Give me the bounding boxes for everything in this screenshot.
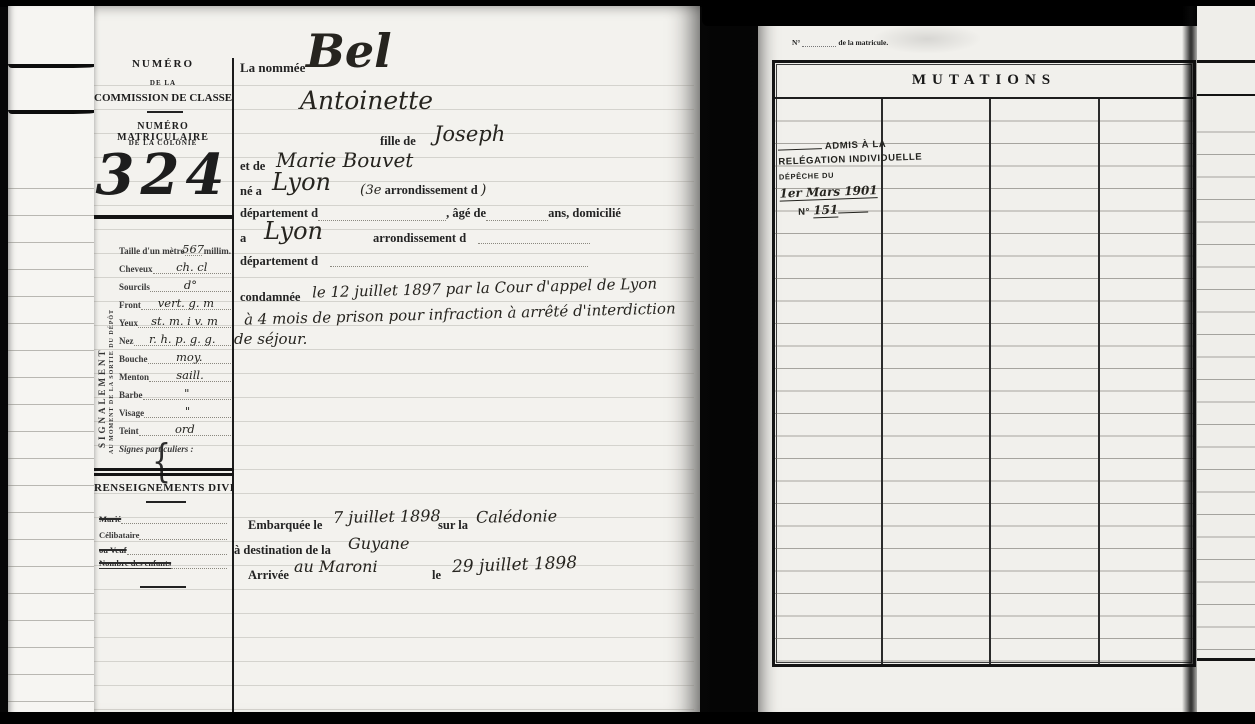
field-value: " bbox=[185, 404, 190, 418]
field-value: 567 bbox=[182, 242, 204, 256]
classification-title-line3: COMMISSION DE CLASSEMENT bbox=[94, 92, 232, 104]
item-blank bbox=[121, 513, 227, 524]
signalement-row: Sourcilsd° bbox=[119, 274, 231, 292]
matricule-note-blank bbox=[802, 39, 836, 47]
mother-label: et de bbox=[240, 159, 265, 174]
page-edge-line bbox=[8, 110, 94, 114]
classification-title-line1: NUMÉRO bbox=[94, 58, 232, 70]
column-divider bbox=[1098, 99, 1100, 664]
divider-rule bbox=[146, 501, 186, 503]
field-blank: moy. bbox=[148, 345, 231, 364]
destination-label: à destination de la bbox=[234, 543, 331, 558]
residence-label: a bbox=[240, 231, 246, 246]
mutations-body: ADMIS À LA RELÉGATION INDIVIDUELLE DÉPÊC… bbox=[775, 99, 1193, 664]
matricule-note-prefix: N° bbox=[792, 38, 800, 47]
field-value: ch. cl bbox=[176, 260, 207, 274]
father-name: Joseph bbox=[434, 122, 505, 146]
divider-rule bbox=[147, 111, 183, 113]
page-edge-line bbox=[8, 64, 94, 68]
mutations-table: MUTATIONS ADMIS À LA RELÉGATION INDIVIDU… bbox=[772, 60, 1196, 667]
destination: Guyane bbox=[348, 534, 409, 553]
stamp-number-label: N° bbox=[798, 207, 810, 218]
signalement-vertical-subtitle: AU MOMENT DE LA SORTIE DU DÉPÔT bbox=[109, 234, 115, 454]
book-gutter bbox=[700, 0, 760, 724]
register-scan: NUMÉRO DE LA COMMISSION DE CLASSEMENT NU… bbox=[0, 0, 1255, 724]
field-blank: " bbox=[144, 399, 231, 418]
page-edge-ruled-lines bbox=[8, 162, 94, 718]
signalement-row: Signes particuliers : bbox=[119, 436, 231, 454]
form-vertical-divider bbox=[232, 58, 234, 718]
renseignements-item: Marié bbox=[99, 513, 227, 524]
border-line-continuation bbox=[1197, 658, 1255, 661]
scan-top-edge-right bbox=[702, 0, 1255, 26]
ship-name: Calédonie bbox=[476, 506, 557, 526]
field-label: Bouche bbox=[119, 354, 148, 364]
field-label: Teint bbox=[119, 426, 139, 436]
border-line-continuation bbox=[1197, 60, 1255, 63]
age-label: , âgé de bbox=[446, 206, 486, 221]
scan-bottom-edge bbox=[0, 712, 1255, 724]
blank bbox=[318, 208, 446, 221]
field-value: saill. bbox=[176, 368, 203, 382]
condemnation-line3: de séjour. bbox=[234, 330, 307, 348]
arrondissement-label: arrondissement d bbox=[385, 183, 478, 197]
renseignements-title: RENSEIGNEMENTS DIVERS bbox=[94, 482, 232, 494]
field-blank: 567 bbox=[185, 237, 202, 256]
signalement-row: Visage" bbox=[119, 400, 231, 418]
born-label: né a bbox=[240, 184, 262, 199]
box-border bbox=[94, 473, 234, 476]
column-divider bbox=[989, 99, 991, 664]
arrival-date-label: le bbox=[432, 568, 441, 583]
field-value: st. m. i v. m bbox=[151, 314, 218, 328]
item-label: Célibataire bbox=[99, 530, 139, 540]
field-blank: ord bbox=[139, 417, 231, 436]
blank bbox=[330, 254, 588, 267]
facing-page-strip bbox=[1197, 6, 1255, 718]
box-border bbox=[94, 215, 234, 219]
field-label: Cheveux bbox=[119, 264, 153, 274]
signalement-row: Frontvert. g. m bbox=[119, 292, 231, 310]
birthplace: Lyon bbox=[272, 168, 331, 196]
nominee-label: La nommée bbox=[240, 60, 305, 76]
signalement-row: Bouchemoy. bbox=[119, 346, 231, 364]
matricule-number: 324 bbox=[94, 142, 232, 208]
ship-label: sur la bbox=[438, 518, 468, 533]
field-blank: vert. g. m bbox=[141, 291, 231, 310]
arrondissement-value: 3e bbox=[365, 183, 381, 198]
item-blank bbox=[139, 529, 227, 540]
previous-page-edge bbox=[8, 6, 94, 718]
blank bbox=[486, 208, 548, 221]
stamp-number: 151 bbox=[813, 203, 839, 219]
field-value: d° bbox=[184, 278, 197, 292]
departement-label2: département d bbox=[240, 254, 318, 269]
field-label: Nez bbox=[119, 336, 134, 346]
field-blank: st. m. i v. m bbox=[138, 309, 231, 328]
stamp-line3: DÉPÊCHE DU 1er Mars 1901 bbox=[779, 165, 928, 203]
arrival-place: au Maroni bbox=[294, 557, 378, 576]
embark-date: 7 juillet 1898 bbox=[333, 506, 441, 527]
signalement-row: Cheveuxch. cl bbox=[119, 256, 231, 274]
item-label: ou Veuf bbox=[99, 545, 127, 555]
signalement-row: Taille d'un mètre567millim. bbox=[119, 238, 231, 256]
item-label: Nombre des enfants bbox=[99, 558, 171, 569]
field-value: r. h. p. g. g. bbox=[149, 332, 216, 346]
matricule-note: N° de la matricule. bbox=[792, 38, 888, 47]
arrival-label: Arrivée bbox=[248, 568, 289, 583]
stamp-line4: N° 151 bbox=[780, 197, 929, 220]
stamp-date: 1er Mars 1901 bbox=[779, 183, 878, 201]
age-suffix: ans, domicilié bbox=[548, 206, 621, 221]
filiation-label: fille de bbox=[380, 134, 416, 149]
field-value: moy. bbox=[176, 350, 202, 364]
classification-title-line2: DE LA bbox=[94, 79, 232, 87]
renseignements-item: Célibataire bbox=[99, 529, 227, 540]
border-line-continuation bbox=[1197, 94, 1255, 96]
facing-page-ruled-lines bbox=[1197, 110, 1255, 660]
field-value: " bbox=[184, 386, 189, 400]
field-blank: ch. cl bbox=[153, 255, 232, 274]
item-blank bbox=[127, 544, 227, 555]
renseignements-item: Nombre des enfants bbox=[99, 558, 227, 569]
paren-close: ) bbox=[481, 182, 486, 198]
signalement-row: Mentonsaill. bbox=[119, 364, 231, 382]
pencil-smudge bbox=[872, 24, 982, 54]
firstname-handwritten: Antoinette bbox=[300, 86, 433, 115]
blank bbox=[478, 231, 590, 244]
field-value: ord bbox=[175, 422, 195, 436]
condemned-label: condamnée bbox=[240, 290, 300, 305]
renseignements-item: ou Veuf bbox=[99, 544, 227, 555]
embarked-label: Embarquée le bbox=[248, 518, 322, 533]
divider-rule bbox=[140, 586, 186, 588]
item-label: Marié bbox=[99, 514, 121, 524]
residence: Lyon bbox=[264, 217, 323, 245]
field-blank: r. h. p. g. g. bbox=[134, 327, 232, 346]
item-blank bbox=[171, 558, 227, 569]
mutations-header: MUTATIONS bbox=[775, 63, 1193, 99]
arrondissement-line: (3e arrondissement d ) bbox=[360, 182, 486, 198]
box-border bbox=[94, 468, 234, 471]
relegation-stamp: ADMIS À LA RELÉGATION INDIVIDUELLE DÉPÊC… bbox=[778, 136, 929, 220]
signalement-row: Barbe" bbox=[119, 382, 231, 400]
field-blank: " bbox=[143, 381, 232, 400]
field-blank: saill. bbox=[149, 363, 231, 382]
field-blank: d° bbox=[150, 273, 231, 292]
signalement-row: Nezr. h. p. g. g. bbox=[119, 328, 231, 346]
signalement-vertical-title: SIGNALEMENT bbox=[97, 238, 107, 448]
stamp-line1-text: ADMIS À LA bbox=[825, 139, 887, 152]
surname-handwritten: Bel bbox=[306, 24, 392, 78]
field-label: Barbe bbox=[119, 390, 143, 400]
stamp-line3-label: DÉPÊCHE DU bbox=[779, 170, 834, 181]
arrondissement-label2: arrondissement d bbox=[373, 231, 466, 246]
stamp-blank bbox=[838, 203, 868, 213]
brace-glyph: { bbox=[152, 435, 171, 488]
signalement-row: Yeuxst. m. i v. m bbox=[119, 310, 231, 328]
signalement-row: Teintord bbox=[119, 418, 231, 436]
field-value: vert. g. m bbox=[158, 296, 214, 310]
matricule-note-suffix: de la matricule. bbox=[838, 38, 888, 47]
stamp-blank bbox=[778, 140, 822, 151]
